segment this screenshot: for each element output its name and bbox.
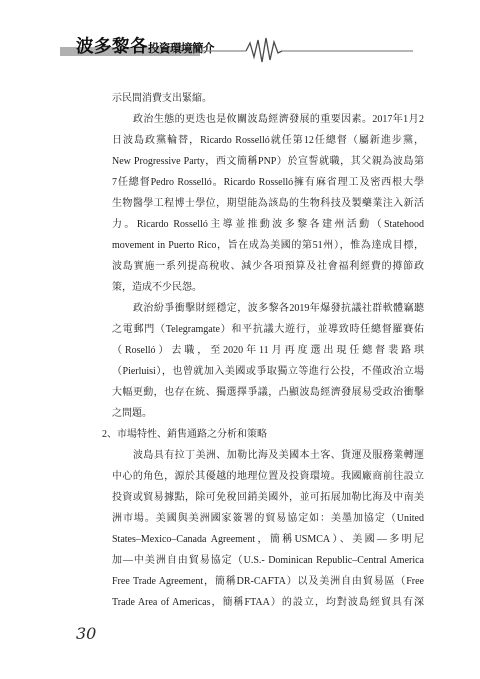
text-line: 政治生態的更迭也是攸關波島經濟發展的重要因素。2017年1月2 (112, 109, 424, 130)
body-text: 示民間消費支出緊縮。政治生態的更迭也是攸關波島經濟發展的重要因素。2017年1月… (112, 88, 424, 613)
text-line: 之問題。 (112, 403, 424, 424)
text-line: Trade Area of Americas，簡稱FTAA）的設立，均對波島經貿… (112, 592, 424, 613)
text-line: 示民間消費支出緊縮。 (112, 88, 424, 109)
text-line: 加—中美洲自由貿易協定（U.S.- Dominican Republic–Cen… (112, 550, 424, 571)
text-line: 中心的角色，源於其優越的地理位置及投資環境。我國廠商前往設立 (112, 466, 424, 487)
text-line: 波島實施一系列提高稅收、減少各項預算及社會福利經費的撙節政 (112, 256, 424, 277)
text-line: 策，造成不少民怨。 (112, 277, 424, 298)
text-line: （Pierluisi），也曾就加入美國或爭取獨立等進行公投，不僅政治立場 (112, 361, 424, 382)
text-line: movement in Puerto Rico，旨在成為美國的第51州），惟為達… (112, 235, 424, 256)
text-line: 生物醫學工程博士學位，期望能為該島的生物科技及製藥業注入新活 (112, 193, 424, 214)
section-heading: 2、市場特性、銷售通路之分析和策略 (102, 424, 424, 445)
text-line: 7任總督Pedro Rosselló。Ricardo Rosselló擁有麻省理… (112, 172, 424, 193)
page-number: 30 (76, 624, 96, 643)
text-line: 洲市場。美國與美洲國家簽署的貿易協定如：美墨加協定（United (112, 508, 424, 529)
text-line: 之電郵門（Telegramgate）和平抗議大遊行，並導致時任總督羅賽佑 (112, 319, 424, 340)
text-line: 日波島政黨輪替，Ricardo Rosselló就任第12任總督（屬新進步黨， (112, 130, 424, 151)
text-line: （Roselló）去職，至2020年11月再度選出現任總督裴路琪 (112, 340, 424, 361)
text-line: States–Mexico–Canada Agreement，簡稱USMCA）、… (112, 529, 424, 550)
title-main: 波多黎各 (76, 36, 148, 56)
text-line: Free Trade Agreement，簡稱DR-CAFTA）以及美洲自由貿易… (112, 571, 424, 592)
text-line: New Progressive Party，西文簡稱PNP）於宣誓就職，其父親為… (112, 151, 424, 172)
heartbeat-line-icon (200, 37, 416, 65)
page-title: 波多黎各投資環境簡介 (76, 37, 214, 57)
text-line: 投資或貿易據點，除可免稅回銷美國外，並可拓展加勒比海及中南美 (112, 487, 424, 508)
document-page: 波多黎各投資環境簡介 示民間消費支出緊縮。政治生態的更迭也是攸關波島經濟發展的重… (0, 0, 480, 679)
text-line: 力。Ricardo Rosselló主導並推動波多黎各建州活動（Statehoo… (112, 214, 424, 235)
text-line: 波島具有拉丁美洲、加勒比海及美國本土客、貨運及服務業轉運 (112, 445, 424, 466)
text-line: 大幅更動，也存在統、獨選擇爭議，凸顯波島經濟發展易受政治衝擊 (112, 382, 424, 403)
text-line: 政治紛爭衝擊財經穩定，波多黎各2019年爆發抗議社群軟體竊聽 (112, 298, 424, 319)
